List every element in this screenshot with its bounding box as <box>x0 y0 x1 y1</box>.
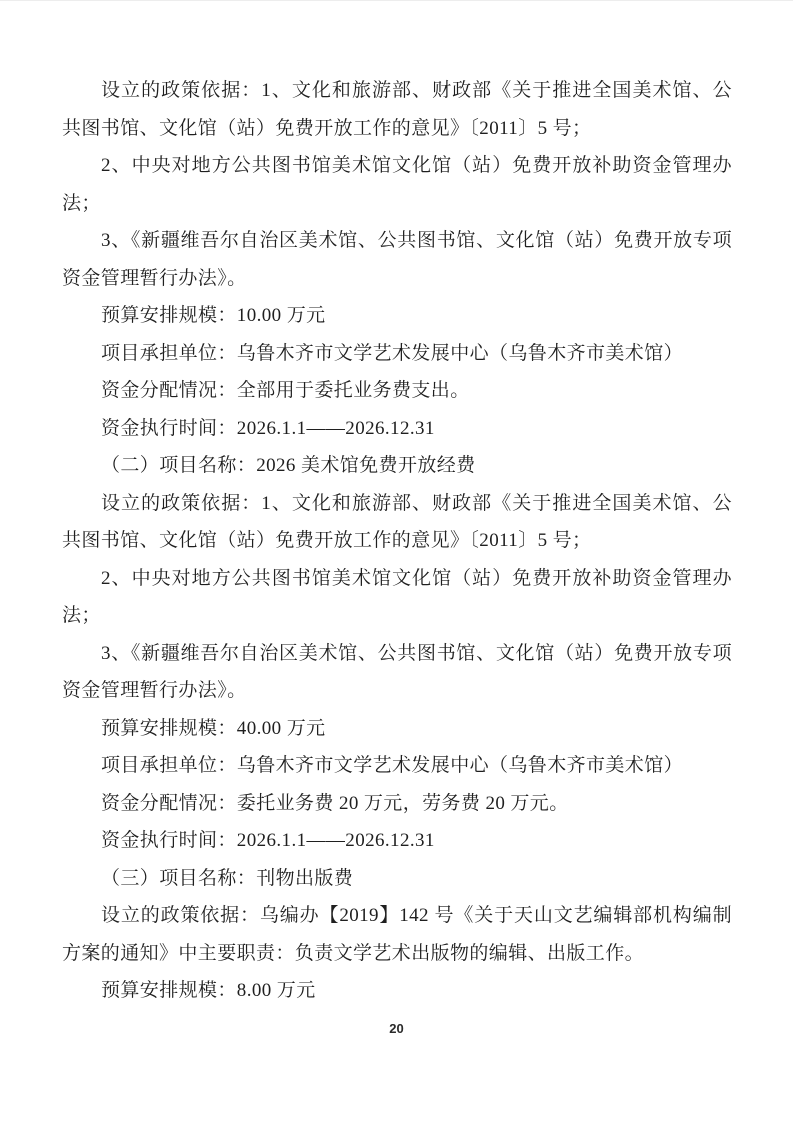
text-line: 共图书馆、文化馆（站）免费开放工作的意见》〔2011〕5 号； <box>62 522 732 560</box>
text-line: 法； <box>62 597 732 635</box>
text-line: 共图书馆、文化馆（站）免费开放工作的意见》〔2011〕5 号； <box>62 110 732 148</box>
text-line: 资金管理暂行办法》。 <box>62 260 732 298</box>
text-line: 预算安排规模：10.00 万元 <box>62 297 732 335</box>
text-line: 3、《新疆维吾尔自治区美术馆、公共图书馆、文化馆（站）免费开放专项 <box>62 222 732 260</box>
text-line: 项目承担单位：乌鲁木齐市文学艺术发展中心（乌鲁木齐市美术馆） <box>62 335 732 373</box>
document-body: 设立的政策依据：1、文化和旅游部、财政部《关于推进全国美术馆、公 共图书馆、文化… <box>62 72 732 1010</box>
page-number: 20 <box>0 1021 793 1036</box>
text-line: 资金执行时间：2026.1.1——2026.12.31 <box>62 410 732 448</box>
text-line: 法； <box>62 185 732 223</box>
text-line: 方案的通知》中主要职责：负责文学艺术出版物的编辑、出版工作。 <box>62 935 732 973</box>
text-line: 设立的政策依据：乌编办【2019】142 号《关于天山文艺编辑部机构编制 <box>62 897 732 935</box>
text-line: 预算安排规模：8.00 万元 <box>62 972 732 1010</box>
text-line: （三）项目名称：刊物出版费 <box>62 860 732 898</box>
text-line: 资金管理暂行办法》。 <box>62 672 732 710</box>
text-line: 2、中央对地方公共图书馆美术馆文化馆（站）免费开放补助资金管理办 <box>62 147 732 185</box>
text-line: 3、《新疆维吾尔自治区美术馆、公共图书馆、文化馆（站）免费开放专项 <box>62 635 732 673</box>
text-line: 设立的政策依据：1、文化和旅游部、财政部《关于推进全国美术馆、公 <box>62 485 732 523</box>
text-line: 2、中央对地方公共图书馆美术馆文化馆（站）免费开放补助资金管理办 <box>62 560 732 598</box>
text-line: 项目承担单位：乌鲁木齐市文学艺术发展中心（乌鲁木齐市美术馆） <box>62 747 732 785</box>
text-line: 资金分配情况：全部用于委托业务费支出。 <box>62 372 732 410</box>
text-line: 资金执行时间：2026.1.1——2026.12.31 <box>62 822 732 860</box>
document-page: 设立的政策依据：1、文化和旅游部、财政部《关于推进全国美术馆、公 共图书馆、文化… <box>0 0 793 1122</box>
text-line: 预算安排规模：40.00 万元 <box>62 710 732 748</box>
text-line: 设立的政策依据：1、文化和旅游部、财政部《关于推进全国美术馆、公 <box>62 72 732 110</box>
text-line: （二）项目名称：2026 美术馆免费开放经费 <box>62 447 732 485</box>
text-line: 资金分配情况：委托业务费 20 万元，劳务费 20 万元。 <box>62 785 732 823</box>
